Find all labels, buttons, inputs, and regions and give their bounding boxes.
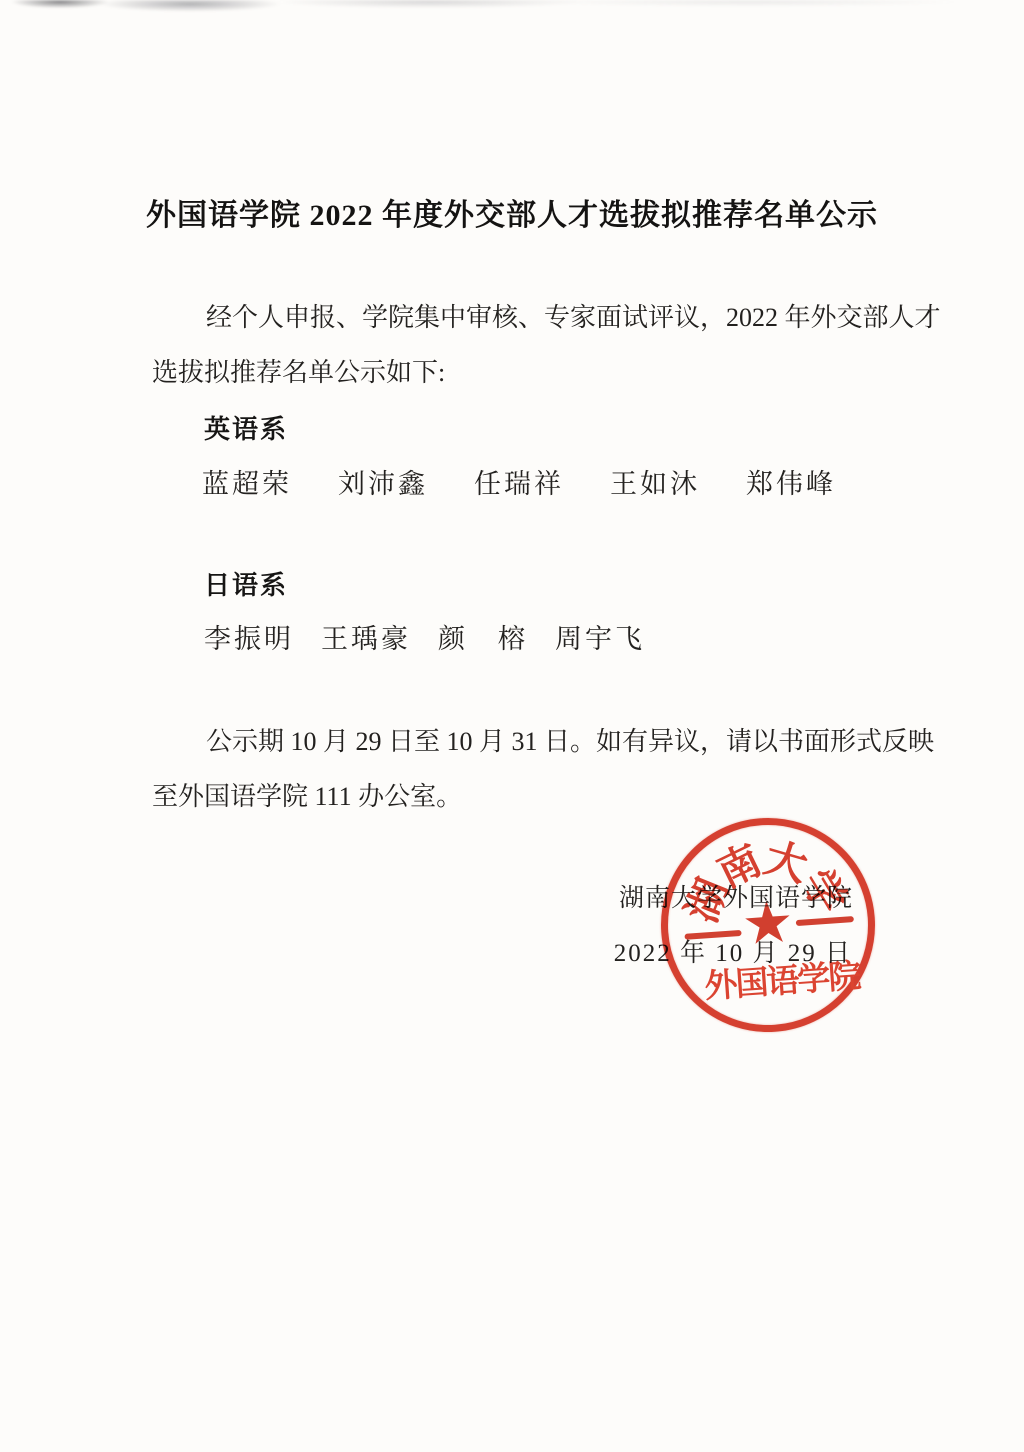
- name-list-japanese: 李振明 王瑀豪 颜 榕 周宇飞: [204, 617, 645, 656]
- person-name: 王瑀豪: [321, 617, 411, 656]
- document-page: 外国语学院 2022 年度外交部人才选拔拟推荐名单公示 经个人申报、学院集中审核…: [0, 0, 1024, 1452]
- intro-line-2: 选拔拟推荐名单公示如下:: [152, 357, 445, 390]
- notice-line-2: 至外国语学院 111 办公室。: [152, 781, 462, 814]
- person-name: 王如沐: [610, 462, 700, 501]
- page-title: 外国语学院 2022 年度外交部人才选拔拟推荐名单公示: [0, 190, 1024, 234]
- signature-date: 2022 年 10 月 29 日: [614, 933, 852, 969]
- notice-line-1: 公示期 10 月 29 日至 10 月 31 日。如有异议，请以书面形式反映: [206, 726, 934, 759]
- section-heading-japanese: 日语系: [204, 565, 288, 602]
- person-name: 郑伟峰: [746, 462, 836, 501]
- scan-artifact: [0, 0, 1024, 20]
- official-seal: 湖 南 大 学 ★ 外国语学院: [654, 811, 882, 1039]
- person-name: 蓝超荣: [202, 462, 292, 501]
- person-name: 周宇飞: [555, 617, 645, 656]
- seal-ring: [654, 811, 882, 1039]
- name-list-english: 蓝超荣 刘沛鑫 任瑞祥 王如沐 郑伟峰: [202, 462, 836, 501]
- person-name: 任瑞祥: [474, 462, 564, 501]
- section-heading-english: 英语系: [204, 409, 288, 446]
- person-name: 李振明: [204, 617, 294, 656]
- signature-organization: 湖南大学外国语学院: [619, 878, 853, 914]
- intro-line-1: 经个人申报、学院集中审核、专家面试评议，2022 年外交部人才: [206, 302, 941, 335]
- seal-bar-right: [796, 916, 854, 926]
- person-name: 颜 榕: [438, 617, 528, 656]
- person-name: 刘沛鑫: [338, 462, 428, 501]
